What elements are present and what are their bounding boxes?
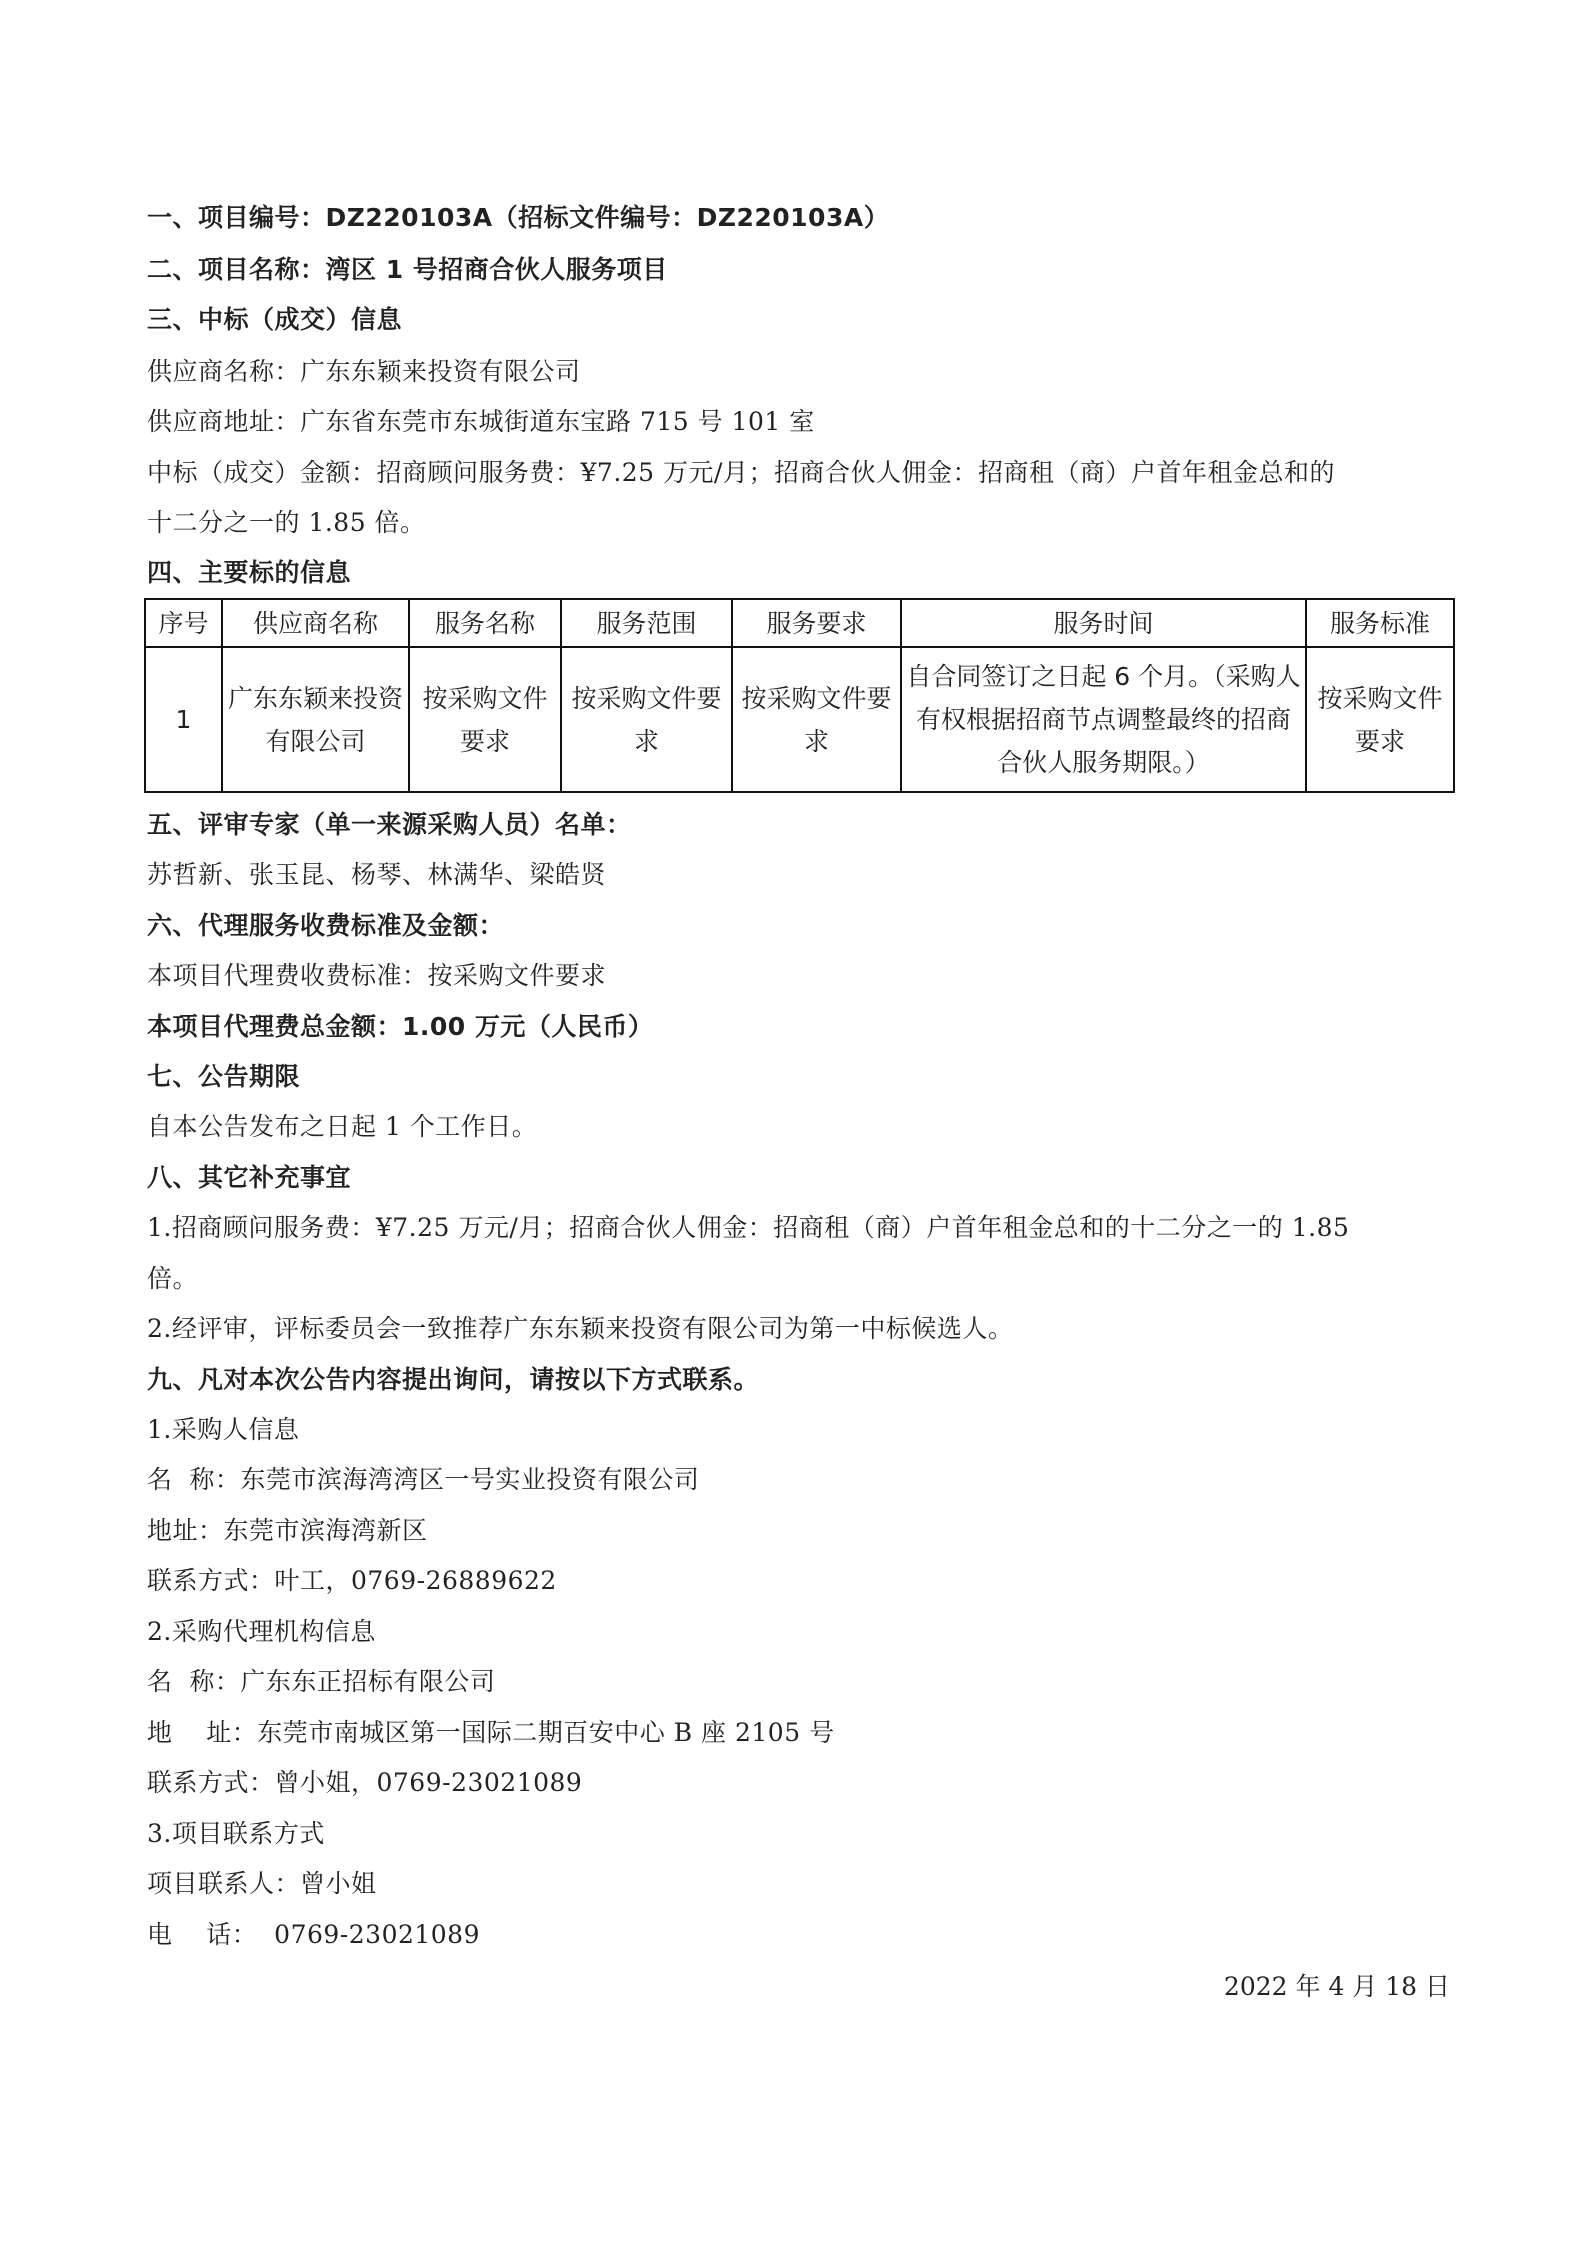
cell-service-requirements: 按采购文件要求 xyxy=(732,647,901,792)
agency-fee-total: 本项目代理费总金额：1.00 万元（人民币） xyxy=(147,1010,653,1044)
section-6-heading: 六、代理服务收费标准及金额： xyxy=(147,909,504,943)
agency-info-title: 2.采购代理机构信息 xyxy=(147,1615,376,1649)
project-contact-person: 项目联系人：曾小姐 xyxy=(147,1867,377,1901)
agency-fee-standard: 本项目代理费收费标准：按采购文件要求 xyxy=(147,959,606,993)
column-header-service-standard: 服务标准 xyxy=(1306,599,1454,647)
project-contact-title: 3.项目联系方式 xyxy=(147,1817,325,1851)
section-7-heading: 七、公告期限 xyxy=(147,1060,300,1094)
cell-service-scope: 按采购文件要求 xyxy=(561,647,732,792)
column-header-service-name: 服务名称 xyxy=(409,599,561,647)
column-header-supplier: 供应商名称 xyxy=(222,599,409,647)
supplier-address: 供应商地址：广东省东莞市东城街道东宝路 715 号 101 室 xyxy=(147,405,815,439)
cell-service-standard: 按采购文件要求 xyxy=(1306,647,1454,792)
section-5-heading: 五、评审专家（单一来源采购人员）名单： xyxy=(147,808,632,842)
supplement-item-1-line-2: 倍。 xyxy=(147,1262,198,1296)
supplement-item-1-line-1: 1.招商顾问服务费：¥7.25 万元/月；招商合伙人佣金：招商租（商）户首年租金… xyxy=(147,1211,1349,1245)
supplier-name: 供应商名称：广东东颖来投资有限公司 xyxy=(147,355,581,389)
table-row: 1 广东东颖来投资有限公司 按采购文件要求 按采购文件要求 按采购文件要求 自合… xyxy=(145,647,1454,792)
notice-period-text: 自本公告发布之日起 1 个工作日。 xyxy=(147,1110,537,1144)
purchaser-contact: 联系方式：叶工，0769-26889622 xyxy=(147,1564,557,1598)
cell-service-time: 自合同签订之日起 6 个月。（采购人有权根据招商节点调整最终的招商合伙人服务期限… xyxy=(901,647,1306,792)
review-experts-list: 苏哲新、张玉昆、杨琴、林满华、梁皓贤 xyxy=(147,858,606,892)
supplement-item-2: 2.经评审，评标委员会一致推荐广东东颖来投资有限公司为第一中标候选人。 xyxy=(147,1312,1013,1346)
cell-service-name: 按采购文件要求 xyxy=(409,647,561,792)
column-header-service-scope: 服务范围 xyxy=(561,599,732,647)
purchaser-info-title: 1.采购人信息 xyxy=(147,1413,299,1447)
announcement-date: 2022 年 4 月 18 日 xyxy=(1224,1970,1450,2004)
purchaser-name: 名 称：东莞市滨海湾湾区一号实业投资有限公司 xyxy=(147,1463,699,1497)
section-3-heading: 三、中标（成交）信息 xyxy=(147,303,402,337)
column-header-service-requirements: 服务要求 xyxy=(732,599,901,647)
agency-contact: 联系方式：曾小姐，0769-23021089 xyxy=(147,1766,582,1800)
section-8-heading: 八、其它补充事宜 xyxy=(147,1161,351,1195)
agency-address: 地 址：东莞市南城区第一国际二期百安中心 B 座 2105 号 xyxy=(147,1716,835,1750)
award-amount-line-1: 中标（成交）金额：招商顾问服务费：¥7.25 万元/月；招商合伙人佣金：招商租（… xyxy=(147,456,1335,490)
award-amount-line-2: 十二分之一的 1.85 倍。 xyxy=(147,506,426,540)
section-1-project-number: 一、项目编号：DZ220103A（招标文件编号：DZ220103A） xyxy=(147,201,889,235)
column-header-service-time: 服务时间 xyxy=(901,599,1306,647)
announcement-page: 一、项目编号：DZ220103A（招标文件编号：DZ220103A） 二、项目名… xyxy=(0,0,1587,2245)
section-2-project-name: 二、项目名称：湾区 1 号招商合伙人服务项目 xyxy=(147,253,668,287)
section-4-heading: 四、主要标的信息 xyxy=(147,556,351,590)
section-9-heading: 九、凡对本次公告内容提出询问，请按以下方式联系。 xyxy=(147,1363,759,1397)
project-contact-phone: 电 话： 0769-23021089 xyxy=(147,1918,480,1952)
cell-supplier: 广东东颖来投资有限公司 xyxy=(222,647,409,792)
purchaser-address: 地址：东莞市滨海湾新区 xyxy=(147,1514,428,1548)
cell-index: 1 xyxy=(145,647,222,792)
column-header-index: 序号 xyxy=(145,599,222,647)
table-header-row: 序号 供应商名称 服务名称 服务范围 服务要求 服务时间 服务标准 xyxy=(145,599,1454,647)
agency-name: 名 称：广东东正招标有限公司 xyxy=(147,1665,495,1699)
main-subject-table: 序号 供应商名称 服务名称 服务范围 服务要求 服务时间 服务标准 1 广东东颖… xyxy=(144,598,1455,793)
